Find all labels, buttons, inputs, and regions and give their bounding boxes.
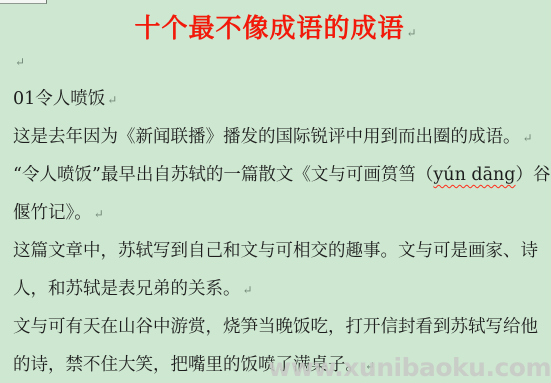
text-line[interactable]: “令人喷饭”最早出自苏轼的一篇散文《文与可画筼筜（yún dāng）谷	[13, 156, 545, 194]
document-body: ↵ 01令人喷饭↵ 这是去年因为《新闻联播》播发的国际锐评中用到而出圈的成语。↵…	[13, 42, 545, 383]
line-text: “令人喷饭”最早出自苏轼的一篇散文《文与可画筼筜（	[13, 165, 433, 185]
paragraph-mark-icon: ↵	[94, 207, 104, 221]
paragraph-mark-icon: ↵	[523, 131, 533, 145]
line-text: 人，和苏轼是表兄弟的关系。	[13, 279, 241, 299]
paragraph-mark-icon: ↵	[406, 26, 416, 40]
text-line-heading-01[interactable]: 01令人喷饭↵	[13, 80, 545, 118]
line-text: 文与可有天在山谷中游赏，烧笋当晚饭吃，打开信封看到苏轼写给他	[13, 317, 538, 337]
text-line[interactable]: 这篇文章中，苏轼写到自己和文与可相交的趣事。文与可是画家、诗	[13, 232, 545, 270]
document-title-line[interactable]: 十个最不像成语的成语↵	[0, 8, 551, 45]
paragraph-mark-icon: ↵	[243, 283, 253, 297]
text-line[interactable]: 偃竹记》。↵	[13, 194, 545, 232]
line-text: 这篇文章中，苏轼写到自己和文与可相交的趣事。文与可是画家、诗	[13, 241, 538, 261]
text-line[interactable]: 这是去年因为《新闻联播》播发的国际锐评中用到而出圈的成语。↵	[13, 118, 545, 156]
text-line[interactable]: 人，和苏轼是表兄弟的关系。↵	[13, 270, 545, 308]
page-title: 十个最不像成语的成语	[134, 14, 404, 44]
line-text: ）谷	[516, 165, 551, 185]
paragraph-mark-icon: ↵	[15, 55, 25, 69]
line-text: 01令人喷饭	[13, 89, 105, 109]
spellcheck-underlined-pinyin: yún dāng	[433, 165, 515, 185]
line-text: 这是去年因为《新闻联播》播发的国际锐评中用到而出圈的成语。	[13, 127, 521, 147]
page-corner-artifact	[0, 0, 47, 4]
paragraph-mark-icon: ↵	[107, 93, 117, 107]
document-page: 十个最不像成语的成语↵ ↵ 01令人喷饭↵ 这是去年因为《新闻联播》播发的国际锐…	[0, 0, 551, 383]
watermark: www.xunibaoku.com	[268, 353, 551, 382]
text-line[interactable]: 文与可有天在山谷中游赏，烧笋当晚饭吃，打开信封看到苏轼写给他	[13, 308, 545, 346]
line-text: 偃竹记》。	[13, 203, 92, 223]
empty-paragraph-line[interactable]: ↵	[13, 42, 545, 80]
